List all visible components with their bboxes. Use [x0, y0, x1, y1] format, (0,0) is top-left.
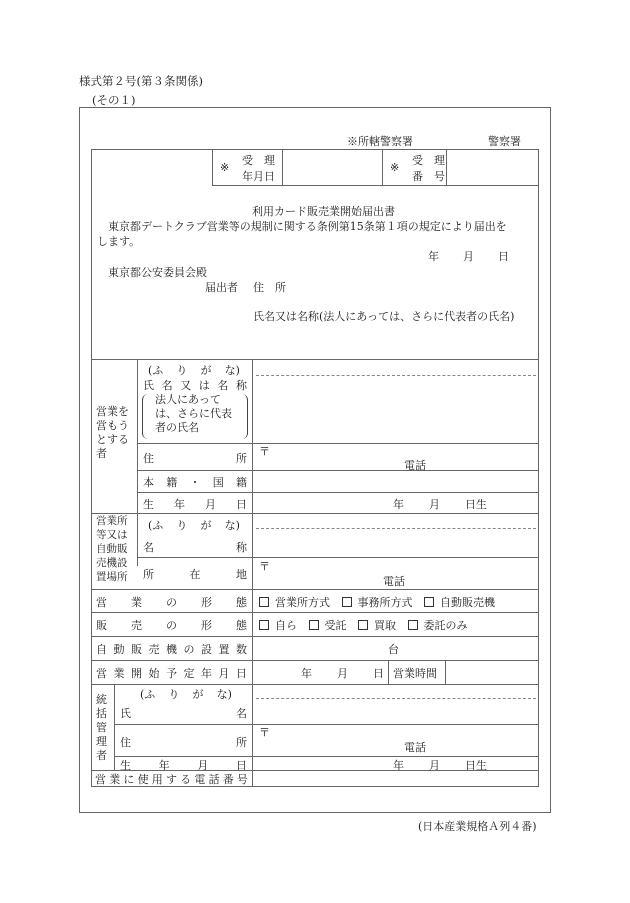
business-type-options: 営業所方式 事務所方式 自動販売機	[259, 594, 495, 610]
received-date-label-bottom: 年月日	[242, 168, 275, 184]
start-date-month: 月	[337, 665, 348, 681]
applicant-section-label: 営業を 営もう とする 者	[96, 405, 129, 461]
option-vending-machine[interactable]: 自動販売機	[424, 596, 495, 609]
row-divider	[91, 684, 539, 685]
checkbox[interactable]	[358, 620, 368, 630]
phone-used-label: 営業に使用する電話番号	[95, 771, 248, 787]
statement-body-line2: します。	[97, 233, 140, 249]
table-border	[538, 149, 539, 786]
option-consignment[interactable]: 受託	[309, 619, 347, 632]
sales-type-options: 自ら 受託 買取 委託のみ	[259, 617, 468, 633]
row-divider	[91, 612, 539, 613]
start-date-label: 営業開始予定年月日	[96, 665, 247, 681]
police-station-suffix: 警察署	[488, 133, 521, 149]
paper-size-note: (日本産業規格Ａ列４番)	[418, 818, 537, 834]
premises-name-label: 名称	[143, 539, 247, 555]
phone-used-input[interactable]	[254, 772, 537, 785]
row-divider	[91, 660, 539, 661]
premises-furigana-label: (ふりがな)	[148, 517, 240, 533]
row-divider	[137, 492, 539, 493]
received-number-input[interactable]	[448, 151, 536, 183]
cell-divider	[382, 149, 383, 185]
business-hours-input[interactable]	[447, 662, 537, 682]
furigana-divider	[256, 528, 536, 529]
manager-furigana-input[interactable]	[254, 686, 537, 696]
row-divider	[91, 636, 539, 637]
cell-divider	[137, 359, 138, 566]
option-self[interactable]: 自ら	[259, 619, 297, 632]
cell-divider	[446, 149, 447, 185]
manager-section-label: 統 括 管 理 者	[96, 693, 107, 763]
manager-address-input[interactable]	[254, 726, 537, 754]
cell-divider	[282, 149, 283, 185]
table-border	[91, 786, 539, 787]
received-number-label-top: 受 理	[412, 152, 445, 168]
premises-location-label: 所在地	[143, 566, 247, 582]
addressee: 東京都公安委員会殿	[108, 264, 207, 280]
start-date-year: 年	[301, 665, 312, 681]
applicant-domicile-label: 本籍・国籍	[143, 474, 247, 490]
cell-divider	[445, 660, 446, 684]
table-border	[91, 149, 539, 150]
applicant-address-input[interactable]	[254, 445, 537, 469]
row-divider	[137, 470, 539, 471]
premises-section-label: 営業所 等又は 自動販 売機設 置場所	[96, 514, 128, 584]
form-number: 様式第２号(第３条関係)	[79, 73, 203, 89]
notifier-name-label: 氏名又は名称(法人にあっては、さらに代表者の氏名)	[253, 308, 514, 324]
checkbox[interactable]	[342, 597, 352, 607]
option-purchase[interactable]: 買取	[358, 619, 396, 632]
received-number-mark: ※	[390, 161, 399, 174]
manager-furigana-label: (ふりがな)	[140, 686, 232, 702]
received-date-input[interactable]	[284, 151, 380, 183]
applicant-address-label: 住所	[143, 450, 247, 466]
applicant-birth-month: 月	[429, 496, 440, 512]
received-date-label-top: 受 理	[242, 152, 275, 168]
business-hours-label: 営業時間	[393, 665, 437, 681]
row-divider	[114, 724, 539, 725]
cell-divider	[212, 149, 213, 185]
manager-name-label: 氏名	[120, 705, 247, 721]
vending-count-unit: 台	[388, 641, 399, 657]
row-divider	[212, 185, 538, 186]
checkbox[interactable]	[259, 597, 269, 607]
row-divider	[91, 589, 539, 590]
applicant-name-label: 氏名又は名称	[143, 377, 247, 393]
checkbox[interactable]	[424, 597, 434, 607]
notifier-address-label: 住 所	[253, 279, 286, 295]
applicant-furigana-label: (ふりがな)	[148, 362, 240, 378]
received-number-label-bottom: 番 号	[412, 168, 445, 184]
document-title: 利用カード販売業開始届出書	[252, 203, 395, 219]
applicant-name-note: 法人にあって は、さらに代表 者の氏名	[155, 393, 232, 435]
date-year: 年	[428, 248, 439, 264]
statement-body-line1: 東京都デートクラブ営業等の規制に関する条例第15条第１項の規定により届出を	[108, 218, 507, 234]
option-sales-office[interactable]: 営業所方式	[259, 596, 330, 609]
cell-divider	[252, 359, 253, 786]
applicant-name-input[interactable]	[254, 378, 537, 441]
cell-divider	[388, 660, 389, 684]
form-part: (その１)	[92, 92, 135, 108]
applicant-birth-year: 年	[393, 496, 404, 512]
manager-address-label: 住所	[120, 734, 247, 750]
applicant-birth-day: 日生	[465, 496, 487, 512]
furigana-divider	[256, 375, 536, 376]
manager-name-input[interactable]	[254, 700, 537, 722]
business-type-label: 営業の形態	[96, 594, 247, 610]
vending-count-input[interactable]	[254, 638, 384, 658]
premises-location-input[interactable]	[254, 559, 537, 587]
notifier-label: 届出者	[205, 279, 238, 295]
row-divider	[137, 557, 539, 558]
option-office[interactable]: 事務所方式	[342, 596, 413, 609]
vending-count-label: 自動販売機の設置数	[96, 641, 247, 657]
sales-type-label: 販売の形態	[96, 617, 247, 633]
row-divider	[91, 359, 539, 360]
table-border	[91, 149, 92, 786]
applicant-furigana-input[interactable]	[254, 361, 537, 373]
start-date-day: 日	[373, 665, 384, 681]
cell-divider	[114, 684, 115, 770]
police-station-label: ※所轄警察署	[347, 133, 413, 149]
applicant-birth-label: 生年月日	[143, 496, 247, 512]
applicant-domicile-input[interactable]	[254, 472, 537, 491]
checkbox[interactable]	[259, 620, 269, 630]
furigana-divider	[256, 698, 536, 699]
date-day: 日	[498, 248, 509, 264]
row-divider	[137, 443, 539, 444]
premises-furigana-input[interactable]	[254, 515, 537, 527]
received-date-mark: ※	[220, 161, 229, 174]
date-month: 月	[463, 248, 474, 264]
checkbox[interactable]	[408, 620, 418, 630]
checkbox[interactable]	[309, 620, 319, 630]
premises-name-input[interactable]	[254, 530, 537, 555]
option-consign-only[interactable]: 委託のみ	[408, 619, 468, 632]
row-divider	[91, 513, 539, 514]
